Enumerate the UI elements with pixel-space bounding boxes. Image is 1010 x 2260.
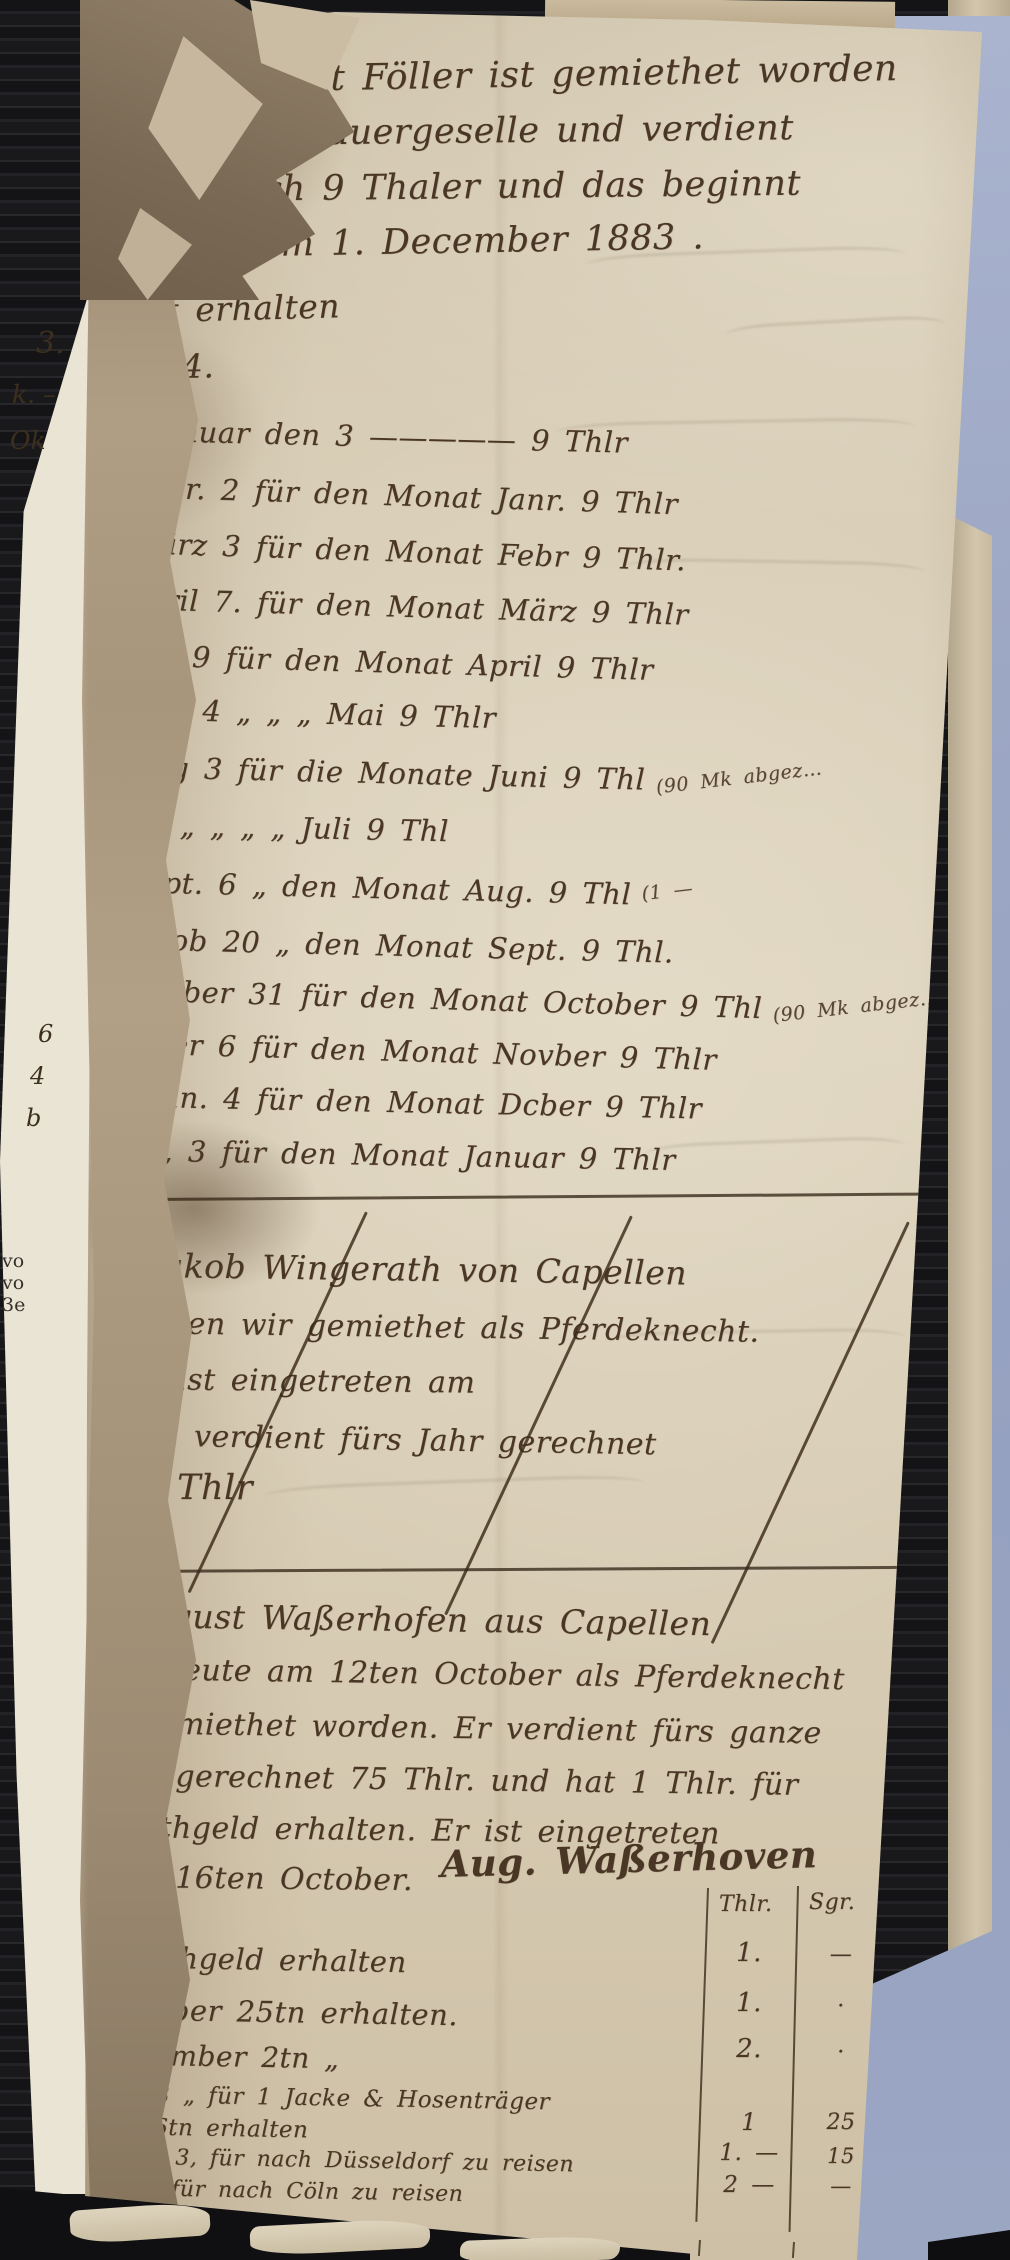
bleed-through <box>725 314 946 344</box>
table-column-line <box>695 1888 709 2222</box>
margin-mark: 4 <box>30 1062 45 1090</box>
payment-note: (1 — <box>640 877 694 905</box>
payment-text: Octob 20 „ den Monat Sept. 9 Thl. <box>117 922 674 970</box>
payment-text: Aug 3 für die Monate Juni 9 Thl <box>129 750 646 797</box>
table-cell-thlr: 1. <box>717 1988 781 2018</box>
cross-out-stroke <box>711 1221 910 1644</box>
payment-line: Januar den 3 ————— 9 Thlr <box>149 414 638 460</box>
margin-mark: Ok <box>10 426 46 455</box>
wasserhofen-line: angemiethet worden. Er verdient fürs gan… <box>100 1706 822 1751</box>
payment-line: „ „ „ „ „ Juli 9 Thl <box>149 808 459 848</box>
signature: Aug. Waßerhoven <box>440 1832 818 1886</box>
table-bottom-tick <box>792 2242 795 2258</box>
table-cell-thlr: 1 <box>717 2108 781 2136</box>
payment-text: Sept. 6 „ den Monat Aug. 9 Thl <box>124 865 631 911</box>
table-cell-sgr: 25 <box>809 2110 873 2135</box>
bleed-through <box>265 1473 645 1505</box>
section-divider <box>145 1192 1005 1201</box>
margin-mark: vo <box>2 1250 24 1272</box>
table-cell-thlr: 1. <box>717 1938 781 1968</box>
margin-mark: 3. <box>36 326 65 361</box>
payment-note: (90 Mk abgez… <box>772 987 940 1027</box>
payment-text: „ „ „ „ „ Juli 9 Thl <box>149 808 449 848</box>
payment-line: Dcber 6 für den Monat Novber 9 Thlr <box>111 1026 727 1077</box>
table-bottom-tick <box>698 2240 701 2256</box>
payment-line: Febr. 2 für den Monat Janr. 9 Thlr <box>129 470 688 522</box>
payment-note: (90 Mk abgez… <box>655 757 823 798</box>
wingerath-line: haben wir gemiethet als Pferdeknecht. <box>130 1306 760 1350</box>
table-cell-sgr: · <box>809 1994 873 2019</box>
payment-text: Januar den 3 ————— 9 Thlr <box>149 414 628 460</box>
payment-text: „ 3 für den Monat Januar 9 Thlr <box>157 1134 675 1177</box>
wasserhofen-line: ist heute am 12ten October als Pferdekne… <box>110 1652 845 1697</box>
payment-line: Octob 20 „ den Monat Sept. 9 Thl. <box>117 922 684 970</box>
wasserhofen-line: August Waßerhofen aus Capellen <box>124 1596 711 1643</box>
payment-line: März 3 für den Monat Febr 9 Thlr. <box>129 526 697 578</box>
table-row-label: „ 3 „ für 1 Jacke & Hosenträger <box>130 2082 551 2115</box>
table-cell-thlr: 2 — <box>717 2172 781 2198</box>
payment-line: „ 3 für den Monat Januar 9 Thlr <box>157 1134 685 1177</box>
table-cell-sgr: · <box>809 2040 873 2065</box>
intro-line: t Föller ist gemiethet worden <box>330 48 898 99</box>
ledger-photo: t Föller ist gemiethet worden b Brauerge… <box>0 0 1010 2260</box>
section-divider <box>120 1565 1005 1573</box>
payment-line: April 7. für den Monat März 9 Thlr <box>124 582 699 632</box>
margin-mark: 6 <box>38 1020 53 1048</box>
payment-text: Febr. 2 für den Monat Janr. 9 Thlr <box>129 470 678 521</box>
wingerath-line: und verdient fürs Jahr gerechnet <box>119 1418 657 1462</box>
table-cell-thlr: 2. <box>717 2034 781 2064</box>
payment-text: October 31 für den Monat October 9 Thl <box>111 973 763 1025</box>
margin-mark: k. – <box>12 380 56 409</box>
table-header-sgr: Sgr. <box>809 1890 855 1915</box>
table-header-thlr: Thlr. <box>719 1892 772 1917</box>
margin-mark: b <box>26 1104 41 1132</box>
table-cell-thlr: 1. — <box>717 2140 781 2166</box>
payment-line: Sept. 6 „ den Monat Aug. 9 Thl(1 — <box>124 865 693 913</box>
payment-text: März 3 für den Monat Febr 9 Thlr. <box>129 526 687 577</box>
payment-text: Jan. 4 für den Monat Dcber 9 Thlr <box>149 1080 702 1126</box>
margin-mark: vo <box>2 1272 24 1294</box>
table-column-line <box>789 1886 799 2232</box>
table-cell-sgr: — <box>809 1942 873 1967</box>
payment-line: Mai 9 für den Monat April 9 Thlr <box>119 638 664 687</box>
payment-line: Aug 3 für die Monate Juni 9 Thl(90 Mk ab… <box>129 750 823 801</box>
payment-text: April 7. für den Monat März 9 Thlr <box>124 582 689 632</box>
payment-line: Jan. 4 für den Monat Dcber 9 Thlr <box>149 1080 712 1126</box>
payment-text: Mai 9 für den Monat April 9 Thlr <box>119 638 654 687</box>
wasserhofen-line: Jahr gerechnet 75 Thlr. und hat 1 Thlr. … <box>95 1758 799 1803</box>
payment-text: Dcber 6 für den Monat Novber 9 Thlr <box>111 1026 717 1077</box>
manuscript-page: t Föller ist gemiethet worden b Brauerge… <box>85 0 1010 2260</box>
margin-mark: 3e <box>2 1294 25 1316</box>
payment-line: October 31 für den Monat October 9 Thl(9… <box>111 973 940 1030</box>
